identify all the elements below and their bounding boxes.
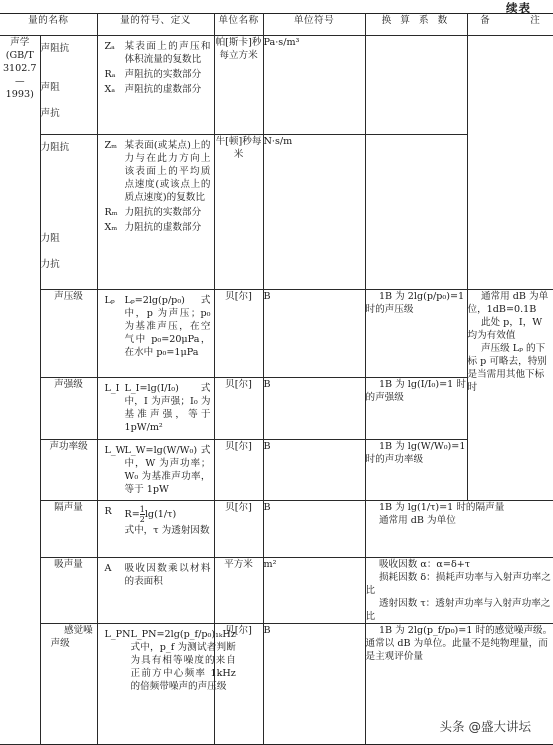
conversion-line: 吸收因数 α：α=δ+τ [366,558,553,571]
header-remark-a: 备 [480,15,490,26]
remark-cell [467,36,553,290]
conversion-line: 透射因数 τ：透射声功率与入射声功率之比 [366,597,553,623]
quantity-name: 力阻 [41,232,97,258]
quantity-definition: 力阻抗的实数部分 [125,206,211,219]
unit-symbol-cell: m² [263,558,365,624]
quantity-name-cell: 力阻抗 力阻 力抗 [40,135,97,290]
remark-cell: 通常用 dB 为单位，1dB=0.1B 此处 p，I，W 均为有效值 声压级 L… [467,290,553,501]
header-unit-name: 单位名称 [214,14,263,36]
quantity-name: 力抗 [41,258,97,271]
unit-symbol-cell: B [263,290,365,378]
table-caption: 续表 [506,0,531,14]
unit-name-cell: 贝[尔] [214,501,263,558]
table-row: 声压级 LₚLₚ=2lg(p/p₀) 式中，p 为声压；p₀ 为基准声压，在空气… [0,290,553,378]
unit-symbol-cell: B [263,501,365,558]
header-row: 量的名称 量的符号、定义 单位名称 单位符号 换 算 系 数 备注 [0,14,553,36]
quantity-definition: 声阻抗的虚数部分 [125,83,211,96]
quantity-symbol: Xₘ [105,221,125,234]
header-remark: 备注 [467,14,553,36]
quantity-name-line: 感觉噪 [51,624,97,637]
header-unit-symbol: 单位符号 [263,14,365,36]
quantity-name: 吸声量 [40,558,97,624]
quantity-symbol: Rₘ [105,206,125,219]
table-row: 吸声量 A吸收因数乘以材料的表面积 平方米 m² 吸收因数 α：α=δ+τ 损耗… [0,558,553,624]
symbol-def-cell: LₚLₚ=2lg(p/p₀) 式中，p 为声压；p₀ 为基准声压，在空气中 p₀… [97,290,214,378]
conversion-cell [365,135,467,290]
quantity-name: 声功率级 [40,440,97,501]
unit-name-cell: 贝[尔] [214,378,263,440]
unit-name-cell: 贝[尔] [214,440,263,501]
quantity-symbol: Lₚ [105,294,125,359]
definition-note: 式中，p_f 为测试者判断为具有相等噪度的来自正前方中心频率 1kHz 的倍频带… [131,641,236,693]
conversion-cell: 吸收因数 α：α=δ+τ 损耗因数 δ：损耗声功率与入射声功率之比 透射因数 τ… [365,558,553,624]
formula-rhs: lg(1/τ) [145,509,176,520]
conversion-cell: 1B 为 lg(I/I₀)=1 时的声强级 [365,378,467,440]
quantity-definition: 声阻抗的实数部分 [125,68,211,81]
quantity-symbol: Xₐ [105,83,125,96]
symbol-def-cell: L_IL_I=lg(I/I₀) 式中，I 为声强；I₀ 为基准声强，等于 1pW… [97,378,214,440]
definition-note: 式中，τ 为透射因数 [125,524,211,537]
symbol-def-cell: L_PN L_PN=2lg(p_f/p₀)₁ₖHz 式中，p_f 为测试者判断为… [97,624,214,745]
quantity-definition: L_PN=2lg(p_f/p₀)₁ₖHz 式中，p_f 为测试者判断为具有相等噪… [131,628,236,693]
quantity-name: 隔声量 [40,501,97,558]
quantity-symbol: L_W [105,444,125,496]
conversion-cell [365,36,467,135]
quantity-name: 声阻抗 [41,36,97,81]
quantity-symbol: A [105,562,125,588]
conversion-cell: 1B 为 lg(1/τ)=1 时的隔声量 通常用 dB 为单位 [365,501,553,558]
quantity-symbol: L_PN [105,628,131,693]
category-cell: 声学 (GB/T 3102.7— 1993) [0,36,40,745]
quantity-definition: R=12lg(1/τ) 式中，τ 为透射因数 [125,505,211,537]
quantity-definition: L_W=lg(W/W₀) 式中，W 为声功率；W₀ 为基准声功率，等于 1pW [125,444,211,496]
unit-name-cell: 牛[顿]秒每米 [214,135,263,290]
table-row: 声学 (GB/T 3102.7— 1993) 声阻抗 声阻 声抗 Zₐ某表面上的… [0,36,553,135]
unit-name-cell: 平方米 [214,558,263,624]
quantity-definition: 某表面上的声压和体积流量的复数比 [125,40,211,66]
unit-name-cell: 帕[斯卡]秒每立方米 [214,36,263,135]
symbol-def-cell: Zₐ某表面上的声压和体积流量的复数比 Rₐ声阻抗的实数部分 Xₐ声阻抗的虚数部分 [97,36,214,135]
quantity-symbol: Rₐ [105,68,125,81]
quantity-name: 声抗 [41,107,97,120]
quantity-name: 声阻 [41,81,97,107]
quantity-name: 感觉噪 声级 [40,624,97,745]
unit-name-cell: 贝[尔] [214,290,263,378]
unit-symbol-cell: N·s/m [263,135,365,290]
category-line: 3102.7— [0,62,40,88]
symbol-def-cell: R R=12lg(1/τ) 式中，τ 为透射因数 [97,501,214,558]
conversion-cell: 1B 为 lg(W/W₀)=1 时的声功率级 [365,440,467,501]
quantity-symbol: R [105,505,125,537]
quantity-symbol: L_I [105,382,125,434]
header-name: 量的名称 [0,14,97,36]
table-row: 隔声量 R R=12lg(1/τ) 式中，τ 为透射因数 贝[尔] B 1B 为… [0,501,553,558]
symbol-def-cell: L_WL_W=lg(W/W₀) 式中，W 为声功率；W₀ 为基准声功率，等于 1… [97,440,214,501]
conversion-cell: 1B 为 2lg(p/p₀)=1 时的声压级 [365,290,467,378]
remark-line: 声压级 Lₚ 的下标 p 可略去，特别是当需用其他下标时 [468,342,553,394]
quantity-definition: 力阻抗的虚数部分 [125,221,211,234]
watermark: 头条 @盛大讲坛 [440,717,531,735]
remark-line: 通常用 dB 为单位，1dB=0.1B [468,290,553,316]
category-line: 1993) [0,88,40,101]
quantity-name-cell: 声阻抗 声阻 声抗 [40,36,97,135]
quantity-definition: L_I=lg(I/I₀) 式中，I 为声强；I₀ 为基准声强，等于 1pW/m² [125,382,211,434]
conversion-line: 1B 为 lg(1/τ)=1 时的隔声量 [366,501,553,514]
quantity-name: 声强级 [40,378,97,440]
formula-lhs: R= [125,509,140,520]
header-conversion: 换 算 系 数 [365,14,467,36]
conversion-line: 通常用 dB 为单位 [366,514,553,527]
quantity-definition: Lₚ=2lg(p/p₀) 式中，p 为声压；p₀ 为基准声压，在空气中 p₀=2… [125,294,211,359]
symbol-def-cell: A吸收因数乘以材料的表面积 [97,558,214,624]
quantity-definition: 某表面(或某点)上的力与在此力方向上该表面上的平均质点速度(或该点上的质点速度)… [125,139,211,204]
remark-line: 此处 p，I，W 均为有效值 [468,316,553,342]
quantity-name-line: 声级 [51,637,97,650]
quantity-name: 力阻抗 [41,135,97,232]
unit-symbol-cell: Pa·s/m³ [263,36,365,135]
unit-symbol-cell: B [263,440,365,501]
quantity-symbol: Zₐ [105,40,125,66]
definition-formula: L_PN=2lg(p_f/p₀)₁ₖHz [131,628,236,641]
quantity-symbol: Zₘ [105,139,125,204]
conversion-line: 损耗因数 δ：损耗声功率与入射声功率之比 [366,571,553,597]
symbol-def-cell: Zₘ某表面(或某点)上的力与在此力方向上该表面上的平均质点速度(或该点上的质点速… [97,135,214,290]
header-symbol-def: 量的符号、定义 [97,14,214,36]
unit-symbol-cell: B [263,378,365,440]
unit-symbol-cell: B [263,624,365,745]
category-line: (GB/T [0,49,40,62]
header-remark-b: 注 [530,15,540,26]
quantity-table: 量的名称 量的符号、定义 单位名称 单位符号 换 算 系 数 备注 声学 (GB… [0,13,553,745]
category-line: 声学 [0,36,40,49]
quantity-name: 声压级 [40,290,97,378]
quantity-definition: 吸收因数乘以材料的表面积 [125,562,211,588]
